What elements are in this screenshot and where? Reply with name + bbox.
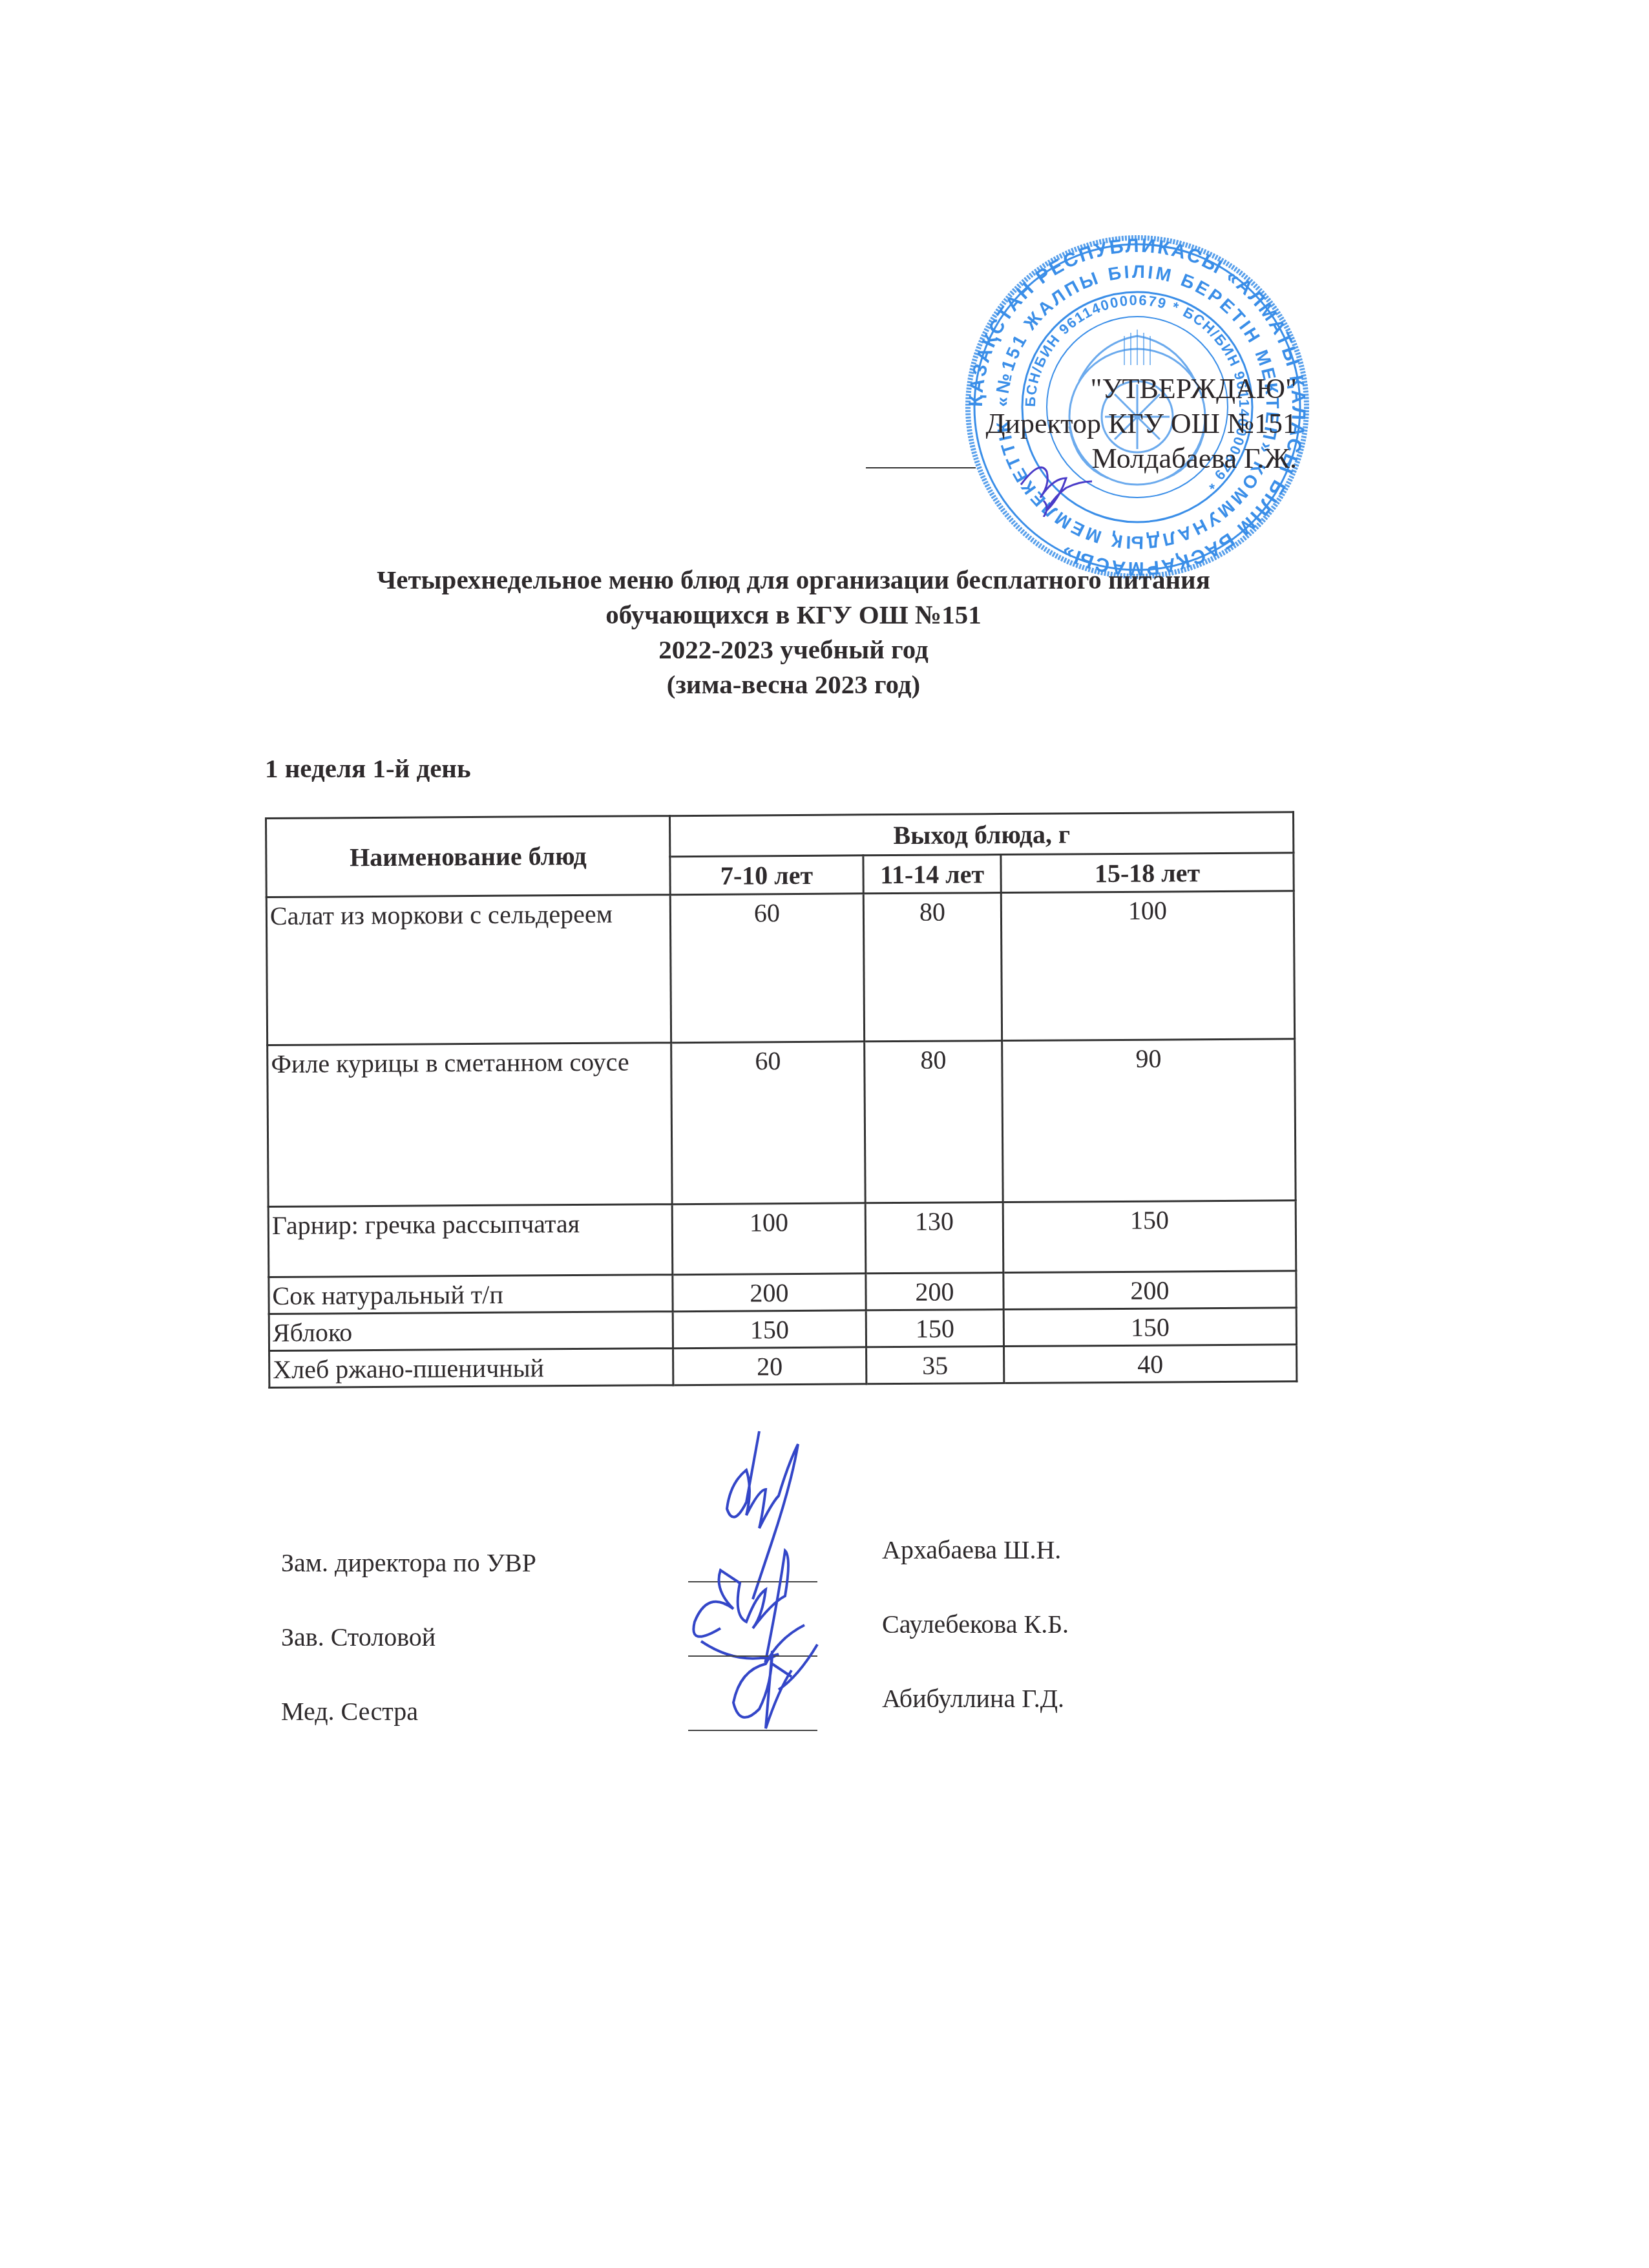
- signer-role: Мед. Сестра: [281, 1696, 418, 1727]
- title-line-1: Четырехнедельное меню блюд для организац…: [0, 562, 1618, 597]
- title-line-2: обучающихся в КГУ ОШ №151: [0, 597, 1618, 632]
- yield-7-10: 20: [673, 1347, 867, 1385]
- yield-7-10: 100: [672, 1203, 866, 1275]
- dish-name: Сок натуральный т/п: [269, 1275, 673, 1314]
- header-portion-yield: Выход блюда, г: [669, 812, 1293, 857]
- signature-row: Мед. Сестра Абибуллина Г.Д.: [281, 1696, 1186, 1748]
- yield-7-10: 60: [670, 894, 864, 1043]
- header-age-15-18: 15-18 лет: [1001, 853, 1294, 893]
- menu-table: Наименование блюд Выход блюда, г 7-10 ле…: [265, 811, 1297, 1389]
- yield-15-18: 100: [1001, 891, 1294, 1041]
- yield-15-18: 150: [1003, 1201, 1296, 1273]
- dish-name: Хлеб ржано-пшеничный: [269, 1349, 673, 1388]
- table-row: Филе курицы в сметанном соусе 60 80 90: [268, 1039, 1296, 1207]
- yield-11-14: 35: [867, 1347, 1004, 1384]
- table-row: Хлеб ржано-пшеничный 20 35 40: [269, 1345, 1297, 1388]
- header-age-7-10: 7-10 лет: [670, 856, 863, 895]
- title-line-3: 2022-2023 учебный год: [0, 632, 1618, 667]
- header-age-11-14: 11-14 лет: [863, 855, 1001, 894]
- table-row: Гарнир: гречка рассыпчатая 100 130 150: [268, 1201, 1296, 1277]
- yield-11-14: 80: [865, 1041, 1003, 1203]
- signer-role: Зам. директора по УВР: [281, 1548, 536, 1578]
- yield-11-14: 150: [866, 1310, 1003, 1347]
- signer-name: Абибуллина Г.Д.: [882, 1683, 1064, 1714]
- approval-position: Директор КГУ ОШ №151: [985, 406, 1297, 441]
- dish-name: Яблоко: [269, 1312, 673, 1351]
- yield-7-10: 60: [671, 1042, 866, 1204]
- dish-name: Филе курицы в сметанном соусе: [268, 1043, 673, 1207]
- yield-7-10: 150: [673, 1310, 866, 1349]
- approval-signature-line: [866, 467, 976, 468]
- signature-line: [688, 1730, 817, 1731]
- director-signature-icon: [1008, 439, 1098, 517]
- yield-11-14: 200: [866, 1273, 1003, 1310]
- signer-role: Зав. Столовой: [281, 1622, 436, 1652]
- document-title: Четырехнедельное меню блюд для организац…: [0, 562, 1649, 702]
- yield-15-18: 150: [1003, 1308, 1296, 1347]
- signer-name: Саулебекова К.Б.: [882, 1609, 1069, 1639]
- table-row: Салат из моркови с сельдереем 60 80 100: [266, 891, 1294, 1045]
- approval-heading: "УТВЕРЖДАЮ": [985, 372, 1297, 406]
- table-row: Сок натуральный т/п 200 200 200: [269, 1271, 1296, 1314]
- title-line-4: (зима-весна 2023 год): [0, 667, 1618, 702]
- week-day-heading: 1 неделя 1-й день: [265, 753, 471, 784]
- header-dish-name: Наименование блюд: [266, 816, 671, 898]
- yield-15-18: 90: [1002, 1039, 1296, 1202]
- yield-11-14: 130: [865, 1202, 1003, 1274]
- handwritten-signature-icon: [682, 1573, 837, 1754]
- dish-name: Гарнир: гречка рассыпчатая: [268, 1204, 673, 1277]
- yield-15-18: 40: [1004, 1345, 1297, 1383]
- dish-name: Салат из моркови с сельдереем: [266, 895, 671, 1045]
- yield-11-14: 80: [863, 893, 1002, 1042]
- yield-15-18: 200: [1003, 1271, 1296, 1310]
- table-row: Яблоко 150 150 150: [269, 1308, 1296, 1351]
- signer-name: Архабаева Ш.Н.: [882, 1535, 1061, 1565]
- yield-7-10: 200: [673, 1274, 866, 1312]
